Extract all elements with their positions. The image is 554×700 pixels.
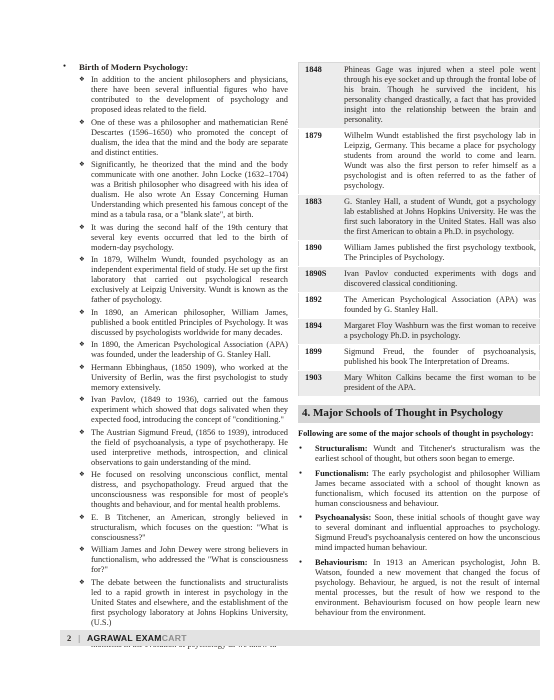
year-cell: 1894: [299, 319, 341, 345]
page-number: 2: [67, 633, 71, 643]
diamond-bullet-icon: ❖: [79, 223, 91, 253]
diamond-bullet-icon: ❖: [79, 395, 91, 425]
intro-paragraph: Following are some of the major schools …: [298, 429, 540, 439]
list-item-text: One of these was a philosopher and mathe…: [91, 118, 288, 158]
year-cell: 1890S: [299, 267, 341, 293]
year-cell: 1883: [299, 195, 341, 241]
diamond-bullet-icon: ❖: [79, 428, 91, 468]
list-item: ❖William James and John Dewey were stron…: [79, 545, 288, 575]
table-row: 1892The American Psychological Associati…: [299, 293, 540, 319]
school-item: ●Structuralism: Wundt and Titchener's st…: [298, 444, 540, 464]
list-item: ❖The Austrian Sigmund Freud, (1856 to 19…: [79, 428, 288, 468]
event-cell: The American Psychological Association (…: [340, 293, 540, 319]
table-row: 1890William James published the first ps…: [299, 241, 540, 267]
diamond-bullet-icon: ❖: [79, 578, 91, 628]
table-row: 1848Phineas Gage was injured when a stee…: [299, 63, 540, 129]
diamond-bullet-icon: ❖: [79, 340, 91, 360]
list-item: ❖In addition to the ancient philosophers…: [79, 75, 288, 115]
list-item: ❖Hermann Ebbinghaus, (1850 1909), who wo…: [79, 363, 288, 393]
diamond-bullet-icon: ❖: [79, 118, 91, 158]
school-text: Functionalism: The early psychologist an…: [315, 469, 540, 509]
list-item-text: Hermann Ebbinghaus, (1850 1909), who wor…: [91, 363, 288, 393]
left-column: ● Birth of Modern Psychology: ❖In additi…: [62, 62, 288, 650]
year-cell: 1890: [299, 241, 341, 267]
school-text: Psychoanalysis: Soon, these initial scho…: [315, 513, 540, 553]
list-item: ❖In 1890, an American philosopher, Willi…: [79, 308, 288, 338]
list-item-text: Ivan Pavlov, (1849 to 1936), carried out…: [91, 395, 288, 425]
table-row: 1903Mary Whiton Calkins became the first…: [299, 371, 540, 397]
school-term: Functionalism:: [315, 469, 369, 478]
event-cell: Margaret Floy Washburn was the first wom…: [340, 319, 540, 345]
brand-agrawal: AGRAWAL: [87, 633, 133, 643]
table-row: 1890SIvan Pavlov conducted experiments w…: [299, 267, 540, 293]
schools-list: ●Structuralism: Wundt and Titchener's st…: [298, 444, 540, 618]
right-column: 1848Phineas Gage was injured when a stee…: [298, 62, 540, 650]
diamond-bullet-icon: ❖: [79, 513, 91, 543]
bullet-icon: ●: [298, 558, 315, 618]
footer-bar: 2 | AGRAWAL EXAMCART: [60, 630, 540, 646]
list-item-text: It was during the second half of the 19t…: [91, 223, 288, 253]
table-row: 1899Sigmund Freud, the founder of psycho…: [299, 345, 540, 371]
bullet-icon: ●: [298, 469, 315, 509]
diamond-bullet-icon: ❖: [79, 363, 91, 393]
list-item: ❖One of these was a philosopher and math…: [79, 118, 288, 158]
year-cell: 1892: [299, 293, 341, 319]
diamond-bullet-icon: ❖: [79, 470, 91, 510]
timeline-table: 1848Phineas Gage was injured when a stee…: [298, 62, 540, 397]
event-cell: Sigmund Freud, the founder of psychoanal…: [340, 345, 540, 371]
list-item: ❖In 1890, the American Psychological Ass…: [79, 340, 288, 360]
year-cell: 1899: [299, 345, 341, 371]
diamond-bullet-icon: ❖: [79, 75, 91, 115]
list-item: ❖Ivan Pavlov, (1849 to 1936), carried ou…: [79, 395, 288, 425]
event-cell: William James published the first psycho…: [340, 241, 540, 267]
bullet-icon: ●: [298, 444, 315, 464]
list-item-text: In 1879, Wilhelm Wundt, founded psycholo…: [91, 255, 288, 305]
event-cell: G. Stanley Hall, a student of Wundt, got…: [340, 195, 540, 241]
diamond-bullet-icon: ❖: [79, 545, 91, 575]
school-text: Behaviourism: In 1913 an American psycho…: [315, 558, 540, 618]
event-cell: Phineas Gage was injured when a steel po…: [340, 63, 540, 129]
diamond-bullet-icon: ❖: [79, 160, 91, 220]
list-item-text: In 1890, an American philosopher, Willia…: [91, 308, 288, 338]
event-cell: Wilhelm Wundt established the first psyc…: [340, 129, 540, 195]
year-cell: 1903: [299, 371, 341, 397]
brand-exam: EXAM: [136, 633, 162, 643]
school-term: Behaviourism:: [315, 558, 368, 567]
event-cell: Ivan Pavlov conducted experiments with d…: [340, 267, 540, 293]
section-heading: Birth of Modern Psychology:: [79, 62, 188, 72]
school-term: Structuralism:: [315, 444, 368, 453]
list-item: ❖It was during the second half of the 19…: [79, 223, 288, 253]
year-cell: 1848: [299, 63, 341, 129]
diamond-bullet-icon: ❖: [79, 308, 91, 338]
list-item: ❖The debate between the functionalists a…: [79, 578, 288, 628]
section4-heading: 4. Major Schools of Thought in Psycholog…: [298, 405, 540, 423]
list-item-text: E. B Titchener, an American, strongly be…: [91, 513, 288, 543]
list-item-text: The Austrian Sigmund Freud, (1856 to 193…: [91, 428, 288, 468]
list-item: ❖Significantly, he theorized that the mi…: [79, 160, 288, 220]
list-item-text: In 1890, the American Psychological Asso…: [91, 340, 288, 360]
year-cell: 1879: [299, 129, 341, 195]
school-text: Structuralism: Wundt and Titchener's str…: [315, 444, 540, 464]
table-row: 1883G. Stanley Hall, a student of Wundt,…: [299, 195, 540, 241]
list-item-text: The debate between the functionalists an…: [91, 578, 288, 628]
left-heading-row: ● Birth of Modern Psychology:: [62, 62, 288, 72]
school-item: ●Psychoanalysis: Soon, these initial sch…: [298, 513, 540, 553]
bullet-icon: ●: [62, 62, 79, 72]
left-sub-list: ❖In addition to the ancient philosophers…: [62, 75, 288, 628]
brand-logo: AGRAWAL EXAMCART: [87, 633, 187, 643]
list-item: ❖In 1879, Wilhelm Wundt, founded psychol…: [79, 255, 288, 305]
school-term: Psychoanalysis:: [315, 513, 371, 522]
school-item: ●Functionalism: The early psychologist a…: [298, 469, 540, 509]
list-item: ❖E. B Titchener, an American, strongly b…: [79, 513, 288, 543]
table-row: 1894Margaret Floy Washburn was the first…: [299, 319, 540, 345]
school-item: ●Behaviourism: In 1913 an American psych…: [298, 558, 540, 618]
list-item-text: He focused on resolving unconscious conf…: [91, 470, 288, 510]
table-row: 1879Wilhelm Wundt established the first …: [299, 129, 540, 195]
list-item-text: Significantly, he theorized that the min…: [91, 160, 288, 220]
footer-separator: |: [78, 633, 80, 643]
list-item-text: In addition to the ancient philosophers …: [91, 75, 288, 115]
page-content: ● Birth of Modern Psychology: ❖In additi…: [62, 62, 540, 650]
bullet-icon: ●: [298, 513, 315, 553]
list-item-text: William James and John Dewey were strong…: [91, 545, 288, 575]
event-cell: Mary Whiton Calkins became the first wom…: [340, 371, 540, 397]
diamond-bullet-icon: ❖: [79, 255, 91, 305]
brand-cart: CART: [162, 633, 187, 643]
list-item: ❖He focused on resolving unconscious con…: [79, 470, 288, 510]
